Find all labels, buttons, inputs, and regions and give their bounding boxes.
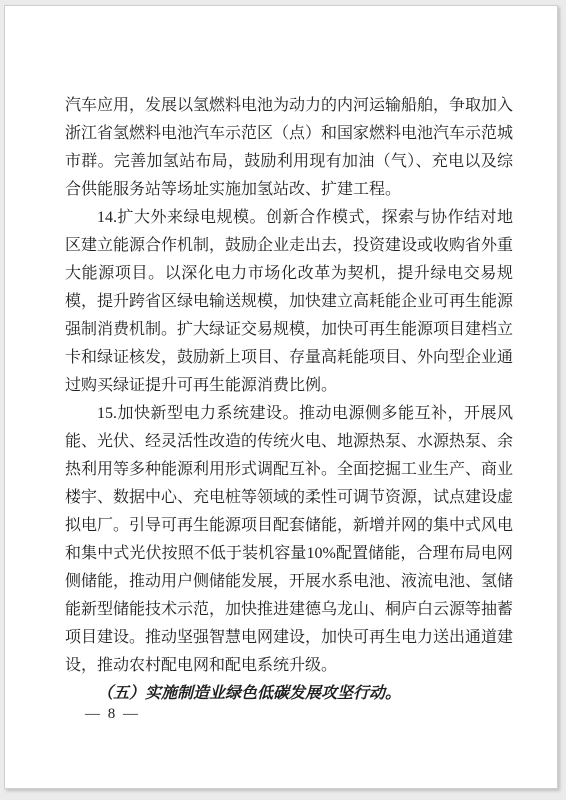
section-heading: （五）实施制造业绿色低碳发展攻坚行动。 [65,680,513,708]
paragraph-item-15: 15.加快新型电力系统建设。推动电源侧多能互补，开展风能、光伏、经灵活性改造的传… [65,400,513,680]
paragraph-item-14: 14.扩大外来绿电规模。创新合作模式，探索与协作结对地区建立能源合作机制，鼓励企… [65,204,513,400]
page-content: 汽车应用，发展以氢燃料电池为动力的内河运输船舶，争取加入浙江省氢燃料电池汽车示范… [65,92,513,708]
paragraph-continuation: 汽车应用，发展以氢燃料电池为动力的内河运输船舶，争取加入浙江省氢燃料电池汽车示范… [65,92,513,204]
document-page: 汽车应用，发展以氢燃料电池为动力的内河运输船舶，争取加入浙江省氢燃料电池汽车示范… [4,5,558,789]
page-number: — 8 — [85,706,140,723]
document-viewer: 汽车应用，发展以氢燃料电池为动力的内河运输船舶，争取加入浙江省氢燃料电池汽车示范… [0,0,566,800]
